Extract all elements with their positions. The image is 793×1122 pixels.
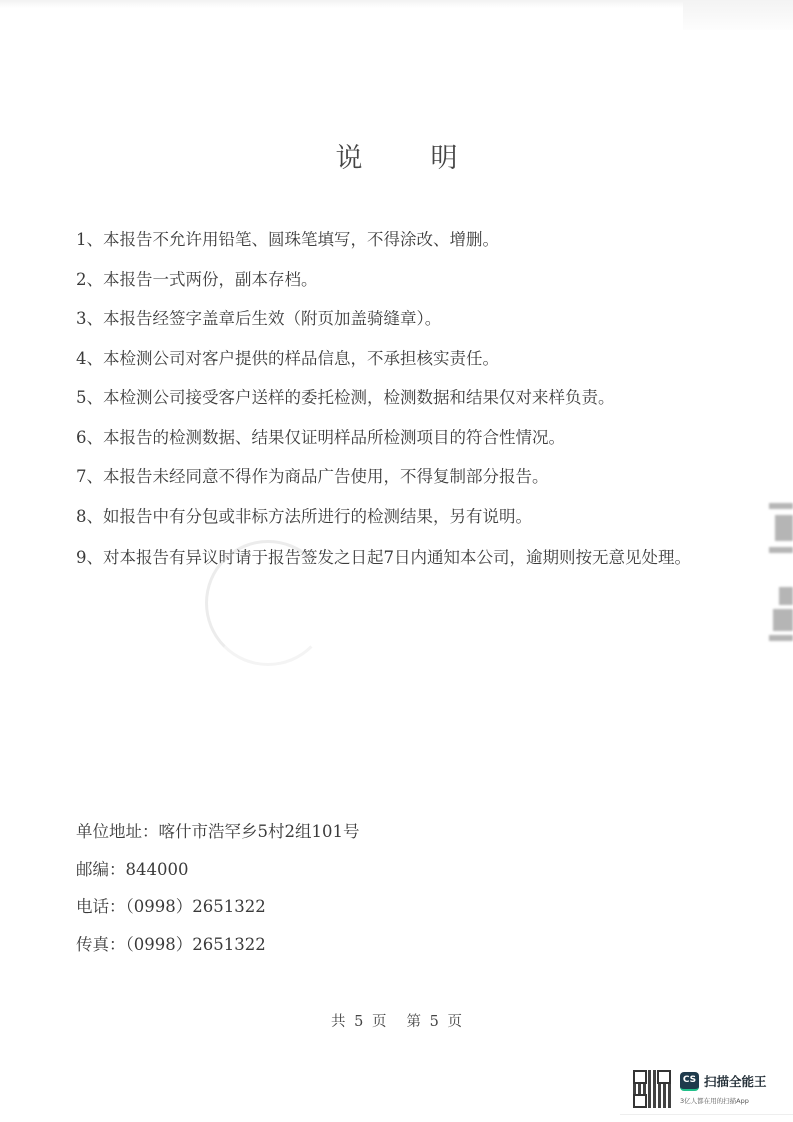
camscanner-watermark: CS 扫描全能王 3亿人都在用的扫描App [633,1067,793,1112]
postcode-label: 邮编： [76,860,126,879]
camscanner-logo-icon: CS [680,1072,699,1091]
note-item: 9、对本报告有异议时请于报告签发之日起7日内通知本公司，逾期则按无意见处理。 [76,545,696,571]
note-item: 3、本报告经签字盖章后生效（附页加盖骑缝章）。 [76,308,716,330]
contact-info: 单位地址：喀什市浩罕乡5村2组101号 邮编：844000 电话：（0998）2… [76,821,360,971]
fax-label: 传真： [76,935,126,954]
note-item: 6、本报告的检测数据、结果仅证明样品所检测项目的符合性情况。 [76,427,716,449]
postcode-row: 邮编：844000 [76,859,360,897]
page-footer: 共 5 页第 5 页 [0,1010,793,1031]
phone-label: 电话： [76,897,126,916]
note-item: 7、本报告未经同意不得作为商品广告使用，不得复制部分报告。 [76,466,716,488]
fax-row: 传真：（0998）2651322 [76,934,360,972]
scan-corner-shadow [683,0,793,30]
title-char-1: 说 [336,136,363,175]
seam-seal-fragment [765,495,793,645]
note-item: 4、本检测公司对客户提供的样品信息，不承担核实责任。 [76,348,716,370]
note-item: 5、本检测公司接受客户送样的委托检测，检测数据和结果仅对来样负责。 [76,387,716,409]
qr-code-icon [633,1070,671,1108]
title-char-2: 明 [431,136,458,175]
scan-edge-shadow [0,0,793,8]
note-item: 1、本报告不允许用铅笔、圆珠笔填写，不得涂改、增删。 [76,229,716,251]
current-page: 第 5 页 [407,1014,462,1030]
phone-row: 电话：（0998）2651322 [76,896,360,934]
notes-list: 1、本报告不允许用铅笔、圆珠笔填写，不得涂改、增删。 2、本报告一式两份，副本存… [76,229,716,589]
address-row: 单位地址：喀什市浩罕乡5村2组101号 [76,821,360,859]
camscanner-tagline: 3亿人都在用的扫描App [680,1096,749,1105]
address-label: 单位地址： [76,822,159,841]
faded-stamp [205,540,331,666]
phone-value: （0998）2651322 [126,897,266,916]
postcode-value: 844000 [126,860,189,879]
fax-value: （0998）2651322 [126,935,266,954]
address-value: 喀什市浩罕乡5村2组101号 [159,822,360,841]
note-item: 8、如报告中有分包或非标方法所进行的检测结果，另有说明。 [76,506,716,528]
total-pages: 共 5 页 [331,1014,386,1030]
note-item: 2、本报告一式两份，副本存档。 [76,269,716,291]
camscanner-app-name: 扫描全能王 [704,1072,767,1090]
watermark-divider [620,1114,793,1115]
page-title: 说明 [0,136,793,175]
